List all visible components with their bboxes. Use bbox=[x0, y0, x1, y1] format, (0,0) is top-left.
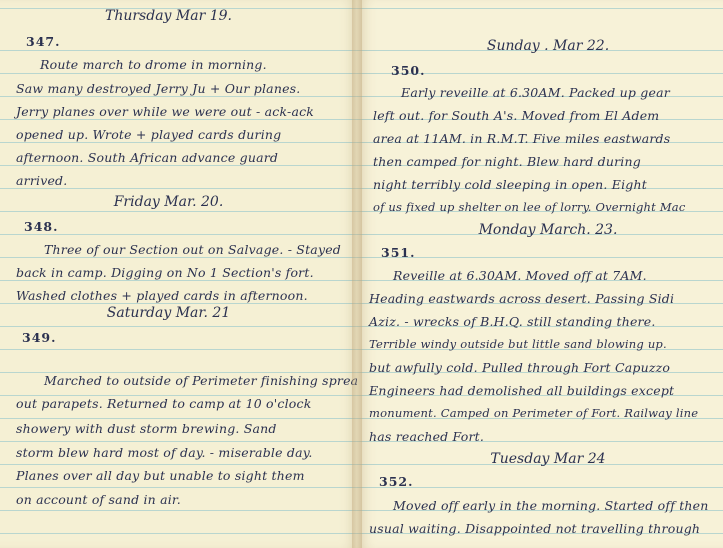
entry-line: usual waiting. Disappointed not travelli… bbox=[369, 521, 700, 536]
entry-line: Moved off early in the morning. Started … bbox=[393, 498, 709, 513]
date-heading: Thursday Mar 19. bbox=[0, 8, 347, 24]
book-gutter bbox=[352, 0, 362, 548]
entry-number: 350. bbox=[391, 63, 425, 78]
entry-number: 351. bbox=[381, 245, 415, 260]
diary-spread: Thursday Mar 19. 347. Route march to dro… bbox=[0, 0, 723, 548]
date-heading: Monday March. 23. bbox=[365, 222, 723, 238]
entry-number: 348. bbox=[24, 219, 58, 234]
entry-line: back in camp. Digging on No 1 Section's … bbox=[16, 265, 314, 280]
entry-line: Saw many destroyed Jerry Ju + Our planes… bbox=[16, 81, 300, 96]
entry-line: Terrible windy outside but little sand b… bbox=[369, 337, 667, 351]
date-heading: Sunday . Mar 22. bbox=[365, 38, 723, 54]
entry-line: on account of sand in air. bbox=[16, 492, 181, 507]
date-heading: Friday Mar. 20. bbox=[0, 194, 347, 210]
date-heading: Saturday Mar. 21 bbox=[0, 305, 347, 321]
entry-line: but awfully cold. Pulled through Fort Ca… bbox=[369, 360, 670, 375]
entry-line: showery with dust storm brewing. Sand bbox=[16, 421, 277, 436]
entry-line: afternoon. South African advance guard bbox=[16, 150, 278, 165]
entry-line: Reveille at 6.30AM. Moved off at 7AM. bbox=[393, 268, 647, 283]
entry-line: Planes over all day but unable to sight … bbox=[16, 468, 305, 483]
entry-line: has reached Fort. bbox=[369, 429, 484, 444]
entry-line: monument. Camped on Perimeter of Fort. R… bbox=[369, 406, 698, 420]
entry-line: then camped for night. Blew hard during bbox=[373, 154, 641, 169]
entry-line: arrived. bbox=[16, 173, 67, 188]
entry-line: out parapets. Returned to camp at 10 o'c… bbox=[16, 396, 312, 411]
entry-number: 347. bbox=[26, 34, 60, 49]
entry-line: Jerry planes over while we were out - ac… bbox=[16, 104, 314, 119]
right-page: Sunday . Mar 22. 350. Early reveille at … bbox=[357, 0, 723, 548]
entry-line: Three of our Section out on Salvage. - S… bbox=[44, 242, 341, 257]
entry-line: opened up. Wrote + played cards during bbox=[16, 127, 281, 142]
entry-line: storm blew hard most of day. - miserable… bbox=[16, 445, 313, 460]
entry-line: left out. for South A's. Moved from El A… bbox=[373, 108, 659, 123]
entry-line: Early reveille at 6.30AM. Packed up gear bbox=[401, 85, 670, 100]
entry-line: Engineers had demolished all buildings e… bbox=[369, 383, 674, 398]
entry-line: Route march to drome in morning. bbox=[40, 57, 267, 72]
entry-line: night terribly cold sleeping in open. Ei… bbox=[373, 177, 647, 192]
right-page-text: Sunday . Mar 22. 350. Early reveille at … bbox=[357, 0, 723, 548]
entry-line: area at 11AM. in R.M.T. Five miles eastw… bbox=[373, 131, 670, 146]
date-heading: Tuesday Mar 24 bbox=[365, 451, 723, 467]
entry-line: of us fixed up shelter on lee of lorry. … bbox=[373, 200, 686, 214]
entry-line: Marched to outside of Perimeter finishin… bbox=[44, 373, 357, 388]
entry-line: Heading eastwards across desert. Passing… bbox=[369, 291, 674, 306]
entry-number: 349. bbox=[22, 330, 56, 345]
entry-number: 352. bbox=[379, 474, 413, 489]
left-page: Thursday Mar 19. 347. Route march to dro… bbox=[0, 0, 357, 548]
entry-line: Washed clothes + played cards in afterno… bbox=[16, 288, 308, 303]
left-page-text: Thursday Mar 19. 347. Route march to dro… bbox=[0, 0, 357, 548]
entry-line: Aziz. - wrecks of B.H.Q. still standing … bbox=[369, 314, 656, 329]
